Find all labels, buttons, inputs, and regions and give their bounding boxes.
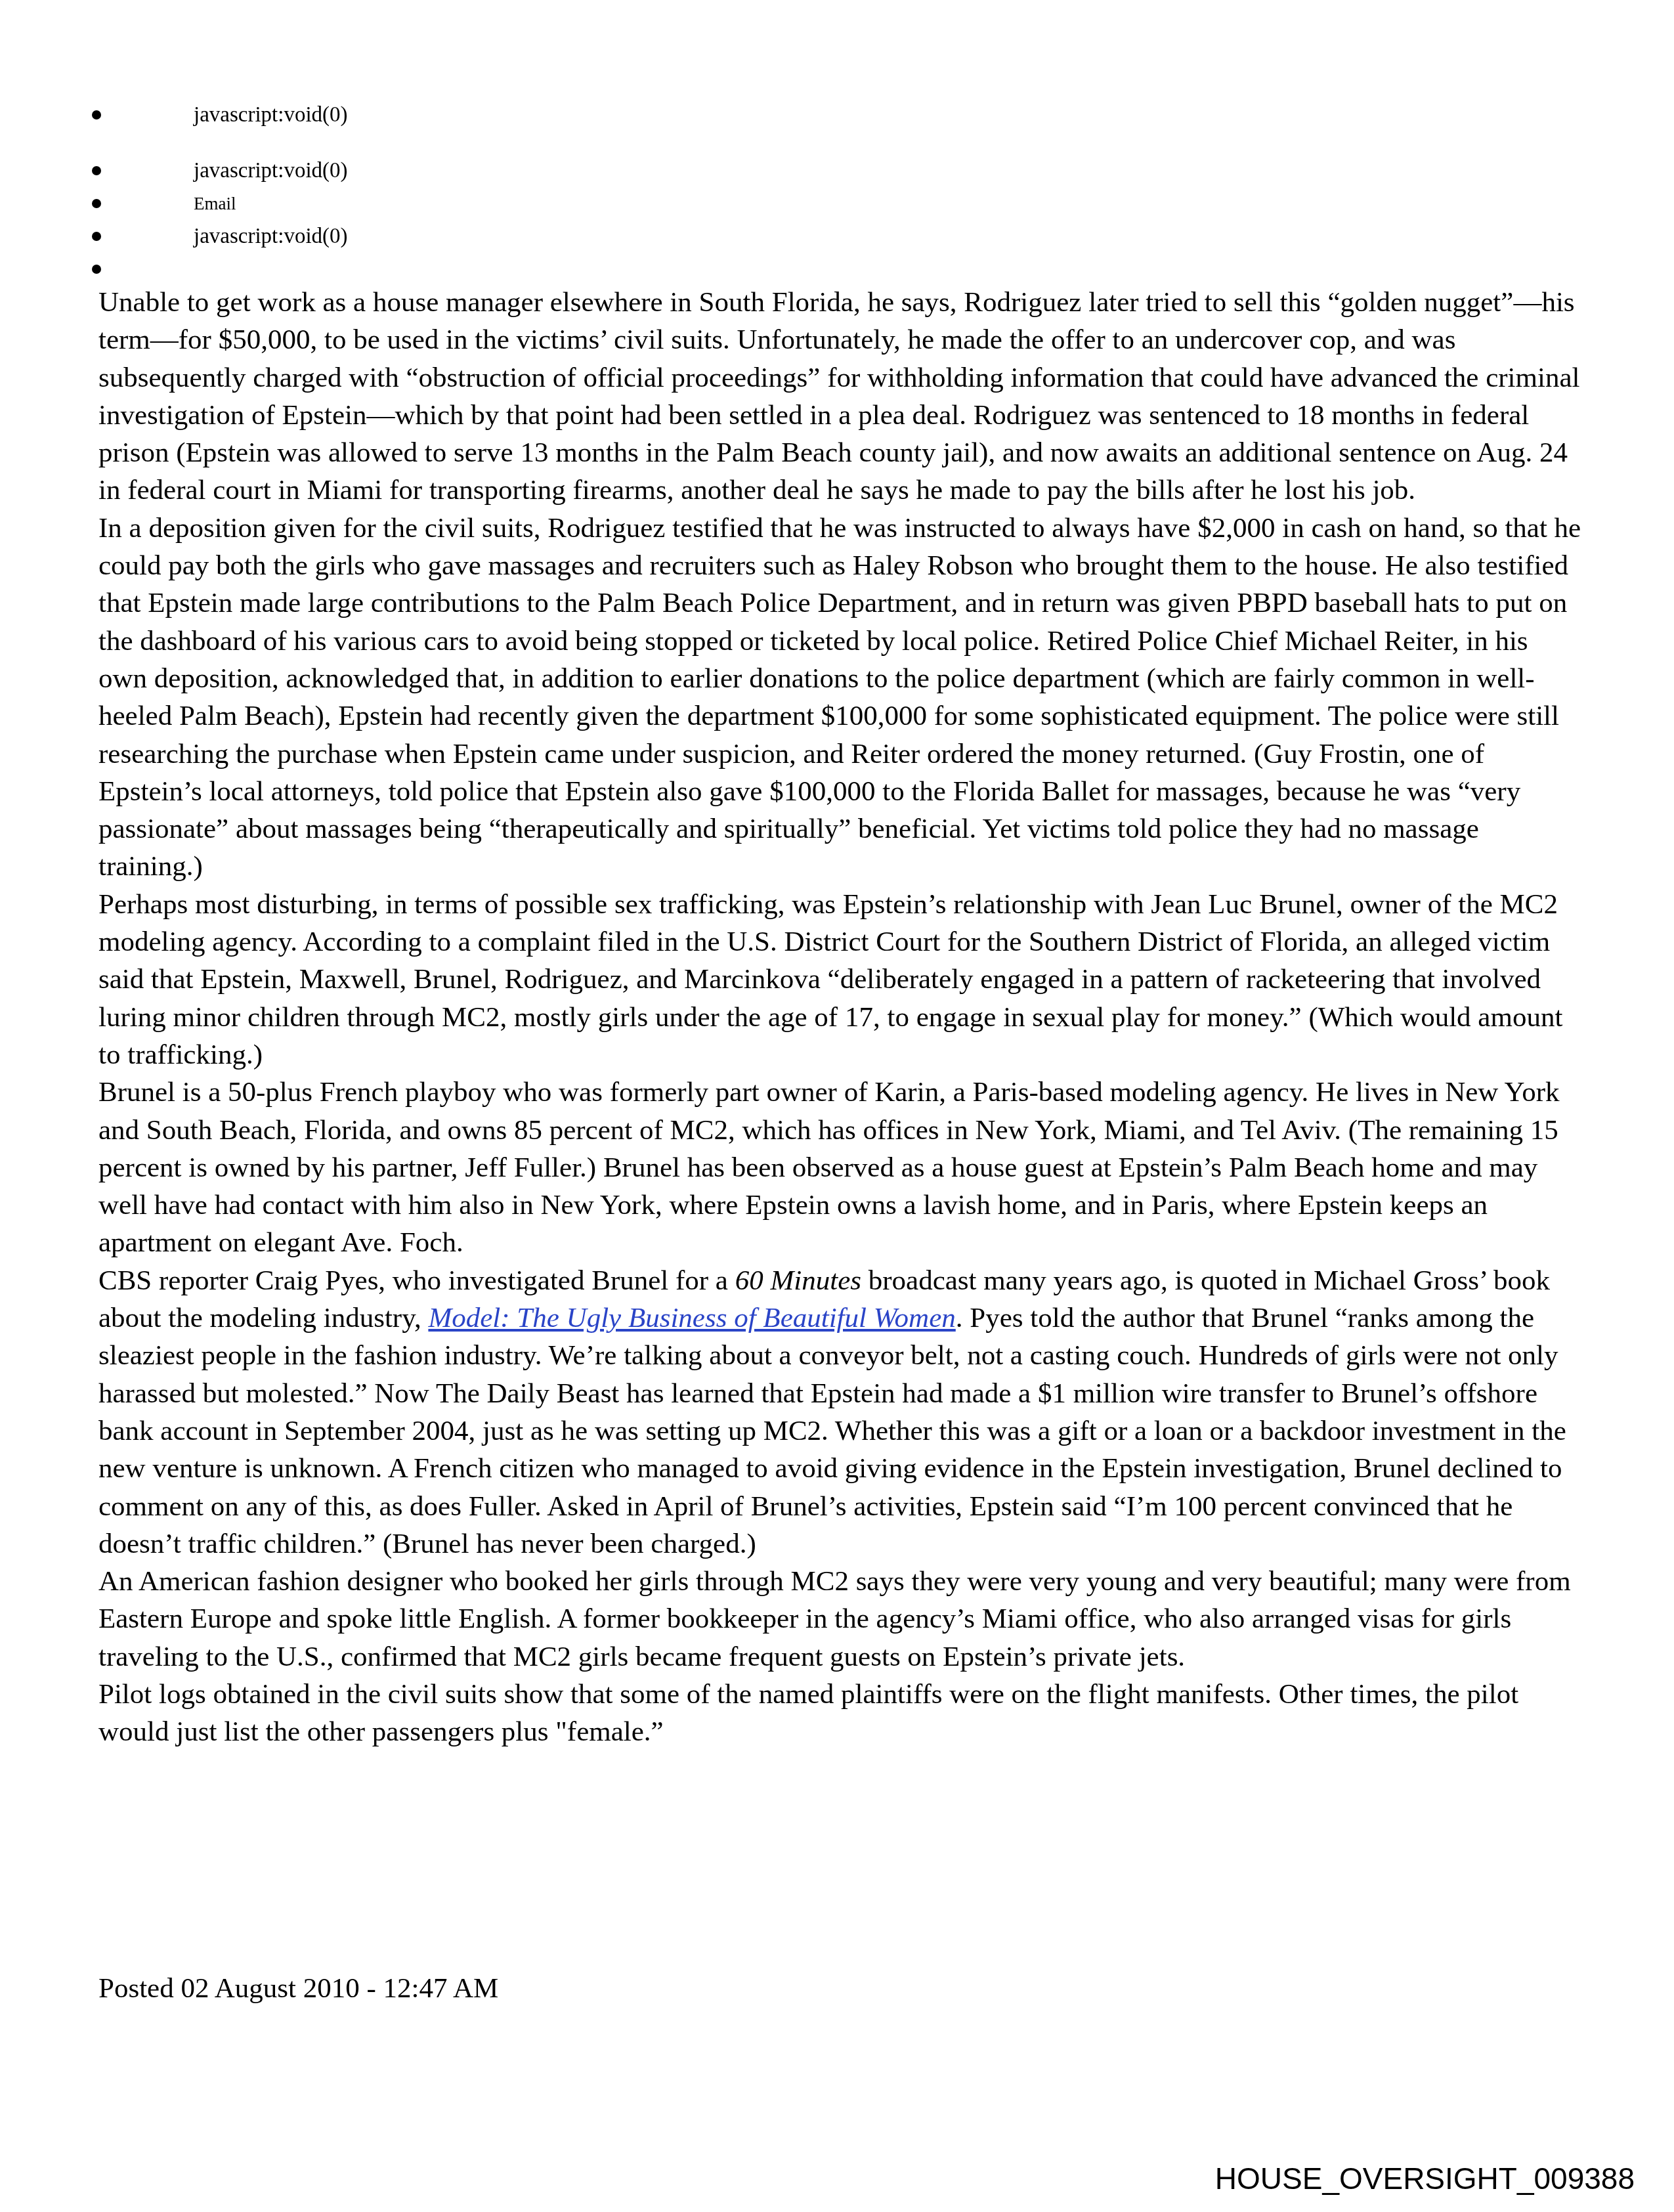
text-segment: . Pyes told the author that Brunel “rank… bbox=[98, 1303, 1566, 1559]
paragraph-brunel-relationship: Perhaps most disturbing, in terms of pos… bbox=[98, 886, 1582, 1073]
paragraph-deposition: In a deposition given for the civil suit… bbox=[98, 510, 1582, 886]
posted-timestamp: Posted 02 August 2010 - 12:47 AM bbox=[98, 1970, 498, 2007]
bullet-icon bbox=[92, 199, 101, 208]
bullet-icon bbox=[92, 265, 101, 274]
bullet-icon bbox=[92, 232, 101, 241]
book-title-link[interactable]: Model: The Ugly Business of Beautiful Wo… bbox=[428, 1303, 955, 1334]
share-link-label[interactable]: javascript:void(0) bbox=[194, 154, 348, 187]
paragraph-cbs-pyes: CBS reporter Craig Pyes, who investigate… bbox=[98, 1262, 1582, 1563]
paragraph-rodriguez-nugget: Unable to get work as a house manager el… bbox=[98, 284, 1582, 510]
document-id-stamp: HOUSE_OVERSIGHT_009388 bbox=[1215, 2160, 1635, 2197]
show-title-italic: 60 Minutes bbox=[735, 1265, 861, 1296]
paragraph-fashion-designer: An American fashion designer who booked … bbox=[98, 1563, 1582, 1676]
text-segment: CBS reporter Craig Pyes, who investigate… bbox=[98, 1265, 735, 1296]
paragraph-pilot-logs: Pilot logs obtained in the civil suits s… bbox=[98, 1676, 1582, 1751]
share-link-label[interactable]: javascript:void(0) bbox=[194, 220, 348, 253]
paragraph-brunel-profile: Brunel is a 50-plus French playboy who w… bbox=[98, 1073, 1582, 1261]
article-body: Unable to get work as a house manager el… bbox=[98, 284, 1582, 1751]
email-link-label[interactable]: Email bbox=[194, 187, 236, 220]
share-link-label[interactable]: javascript:void(0) bbox=[194, 98, 348, 131]
bullet-icon bbox=[92, 166, 101, 175]
bullet-icon bbox=[92, 110, 101, 119]
